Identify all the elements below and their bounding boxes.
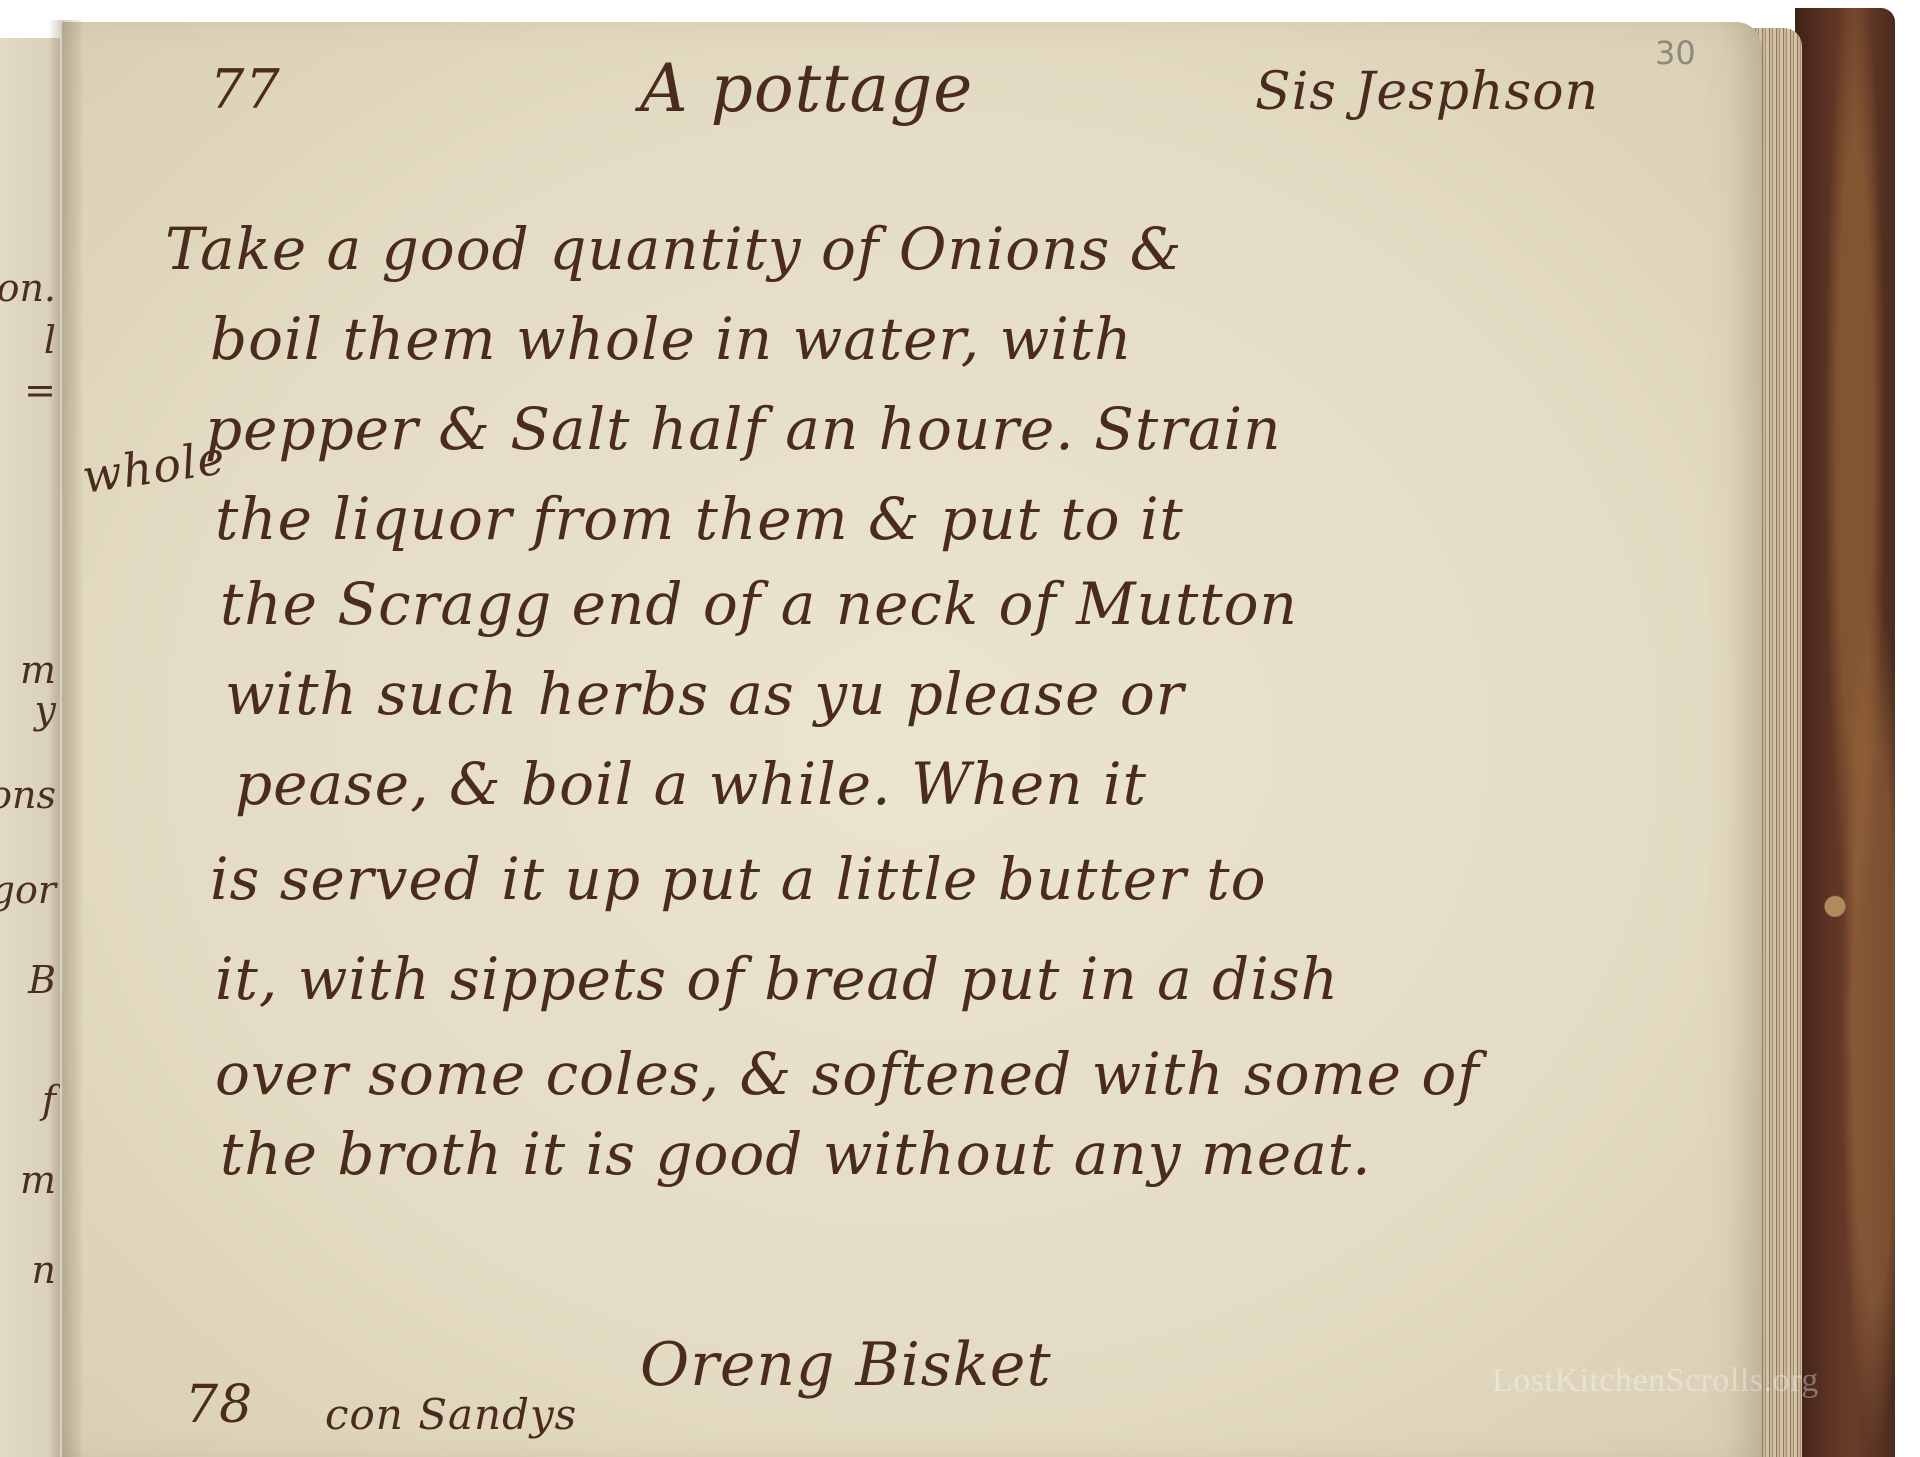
next-recipe-attribution: con Sandys	[325, 1390, 577, 1439]
recipe-attribution: Sis Jesphson	[1255, 62, 1599, 122]
book-gutter	[48, 20, 82, 1457]
recipe-title: A pottage	[640, 50, 973, 127]
body-line: the Scragg end of a neck of Mutton	[220, 570, 1298, 638]
body-line: over some coles, & softened with some of	[215, 1040, 1480, 1108]
body-line: pease, & boil a while. When it	[235, 750, 1147, 818]
folio-number: 30	[1655, 34, 1696, 72]
watermark: LostKitchenScrolls.org	[1492, 1362, 1819, 1400]
body-line: Take a good quantity of Onions &	[165, 215, 1182, 283]
body-line: the liquor from them & put to it	[215, 485, 1184, 553]
body-line: boil them whole in water, with	[210, 305, 1133, 373]
body-line: the broth it is good without any meat.	[220, 1120, 1372, 1188]
body-line: is served it up put a little butter to	[210, 845, 1267, 913]
leather-binding	[1795, 8, 1895, 1457]
body-line: with such herbs as yu please or	[225, 660, 1185, 728]
body-line: it, with sippets of bread put in a dish	[215, 945, 1339, 1013]
body-line: pepper & Salt half an houre. Strain	[205, 395, 1281, 463]
recipe-number: 77	[210, 58, 281, 121]
next-recipe-number: 78	[185, 1375, 253, 1435]
next-recipe-title: Oreng Bisket	[640, 1330, 1052, 1400]
